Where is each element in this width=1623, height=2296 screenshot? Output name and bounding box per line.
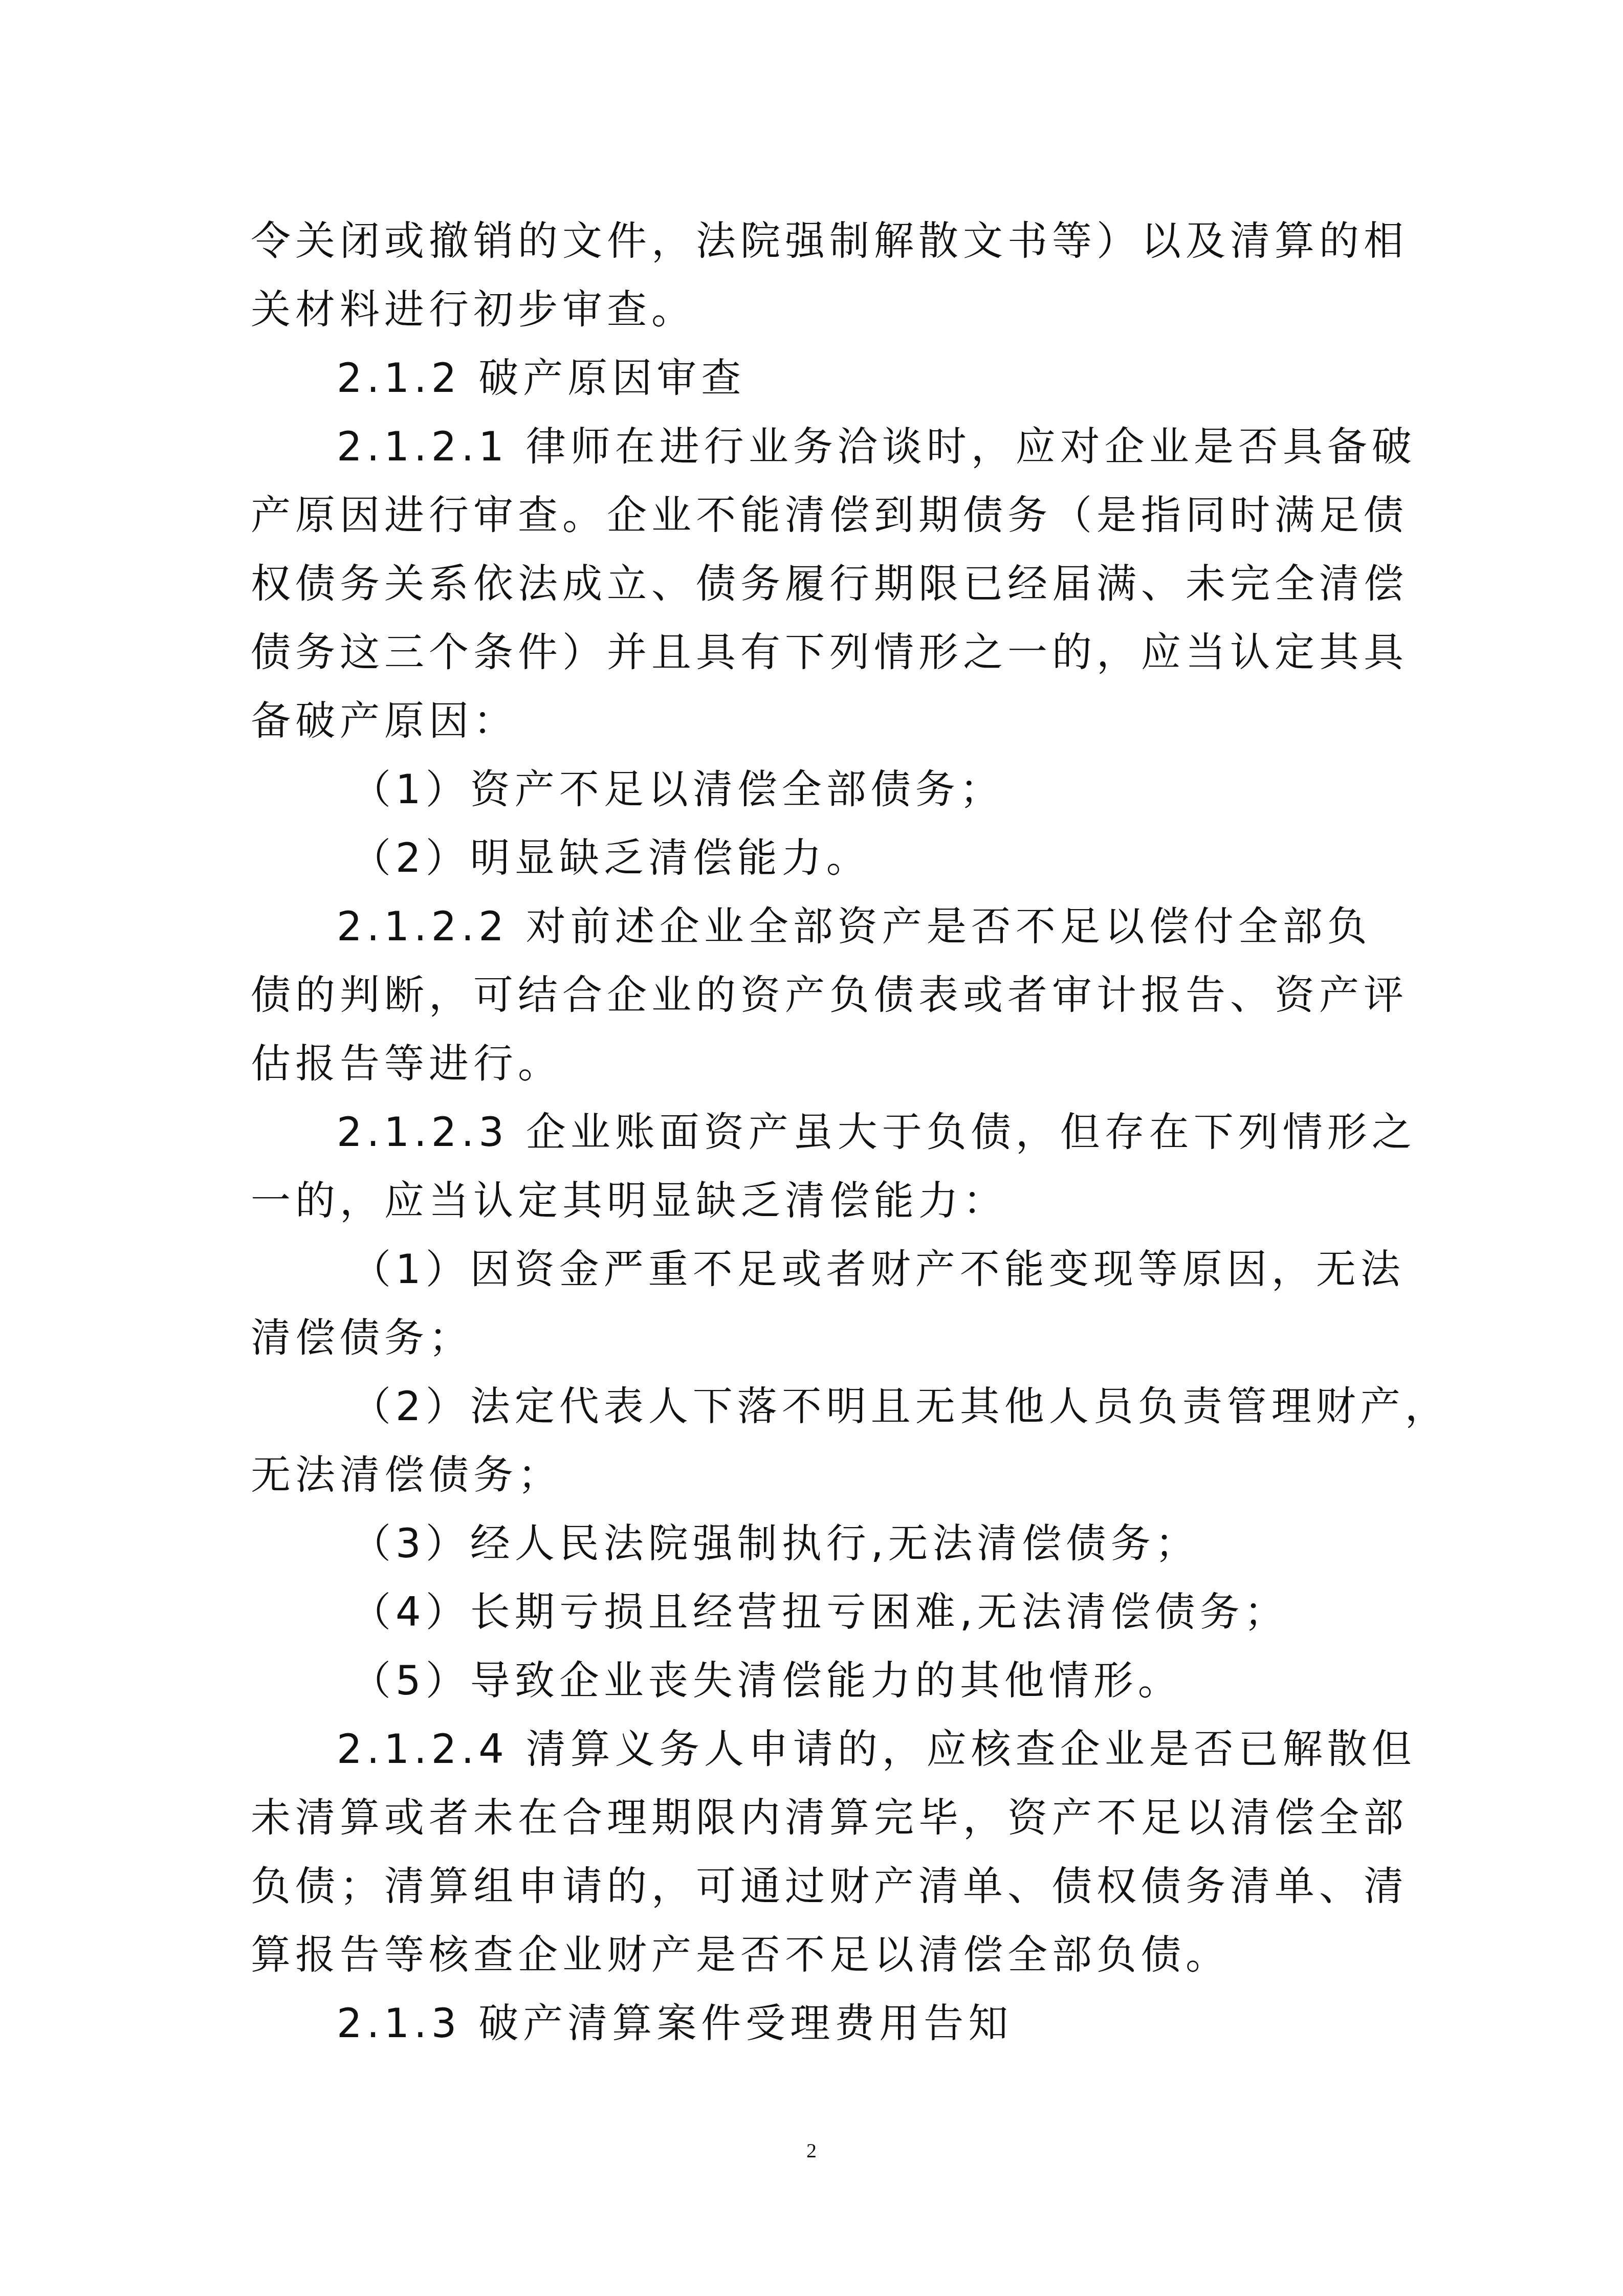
text-line: （2）明显缺乏清偿能力。 <box>251 824 1388 893</box>
text-line: 关材料进行初步审查。 <box>251 276 1388 344</box>
text-line: （4）长期亏损且经营扭亏困难,无法清偿债务； <box>251 1578 1388 1647</box>
text-line: 2.1.2.2 对前述企业全部资产是否不足以偿付全部负 <box>251 893 1388 961</box>
text-line: 2.1.3 破产清算案件受理费用告知 <box>251 1990 1388 2058</box>
text-line: 令关闭或撤销的文件，法院强制解散文书等）以及清算的相 <box>251 207 1388 276</box>
text-line: 算报告等核查企业财产是否不足以清偿全部负债。 <box>251 1921 1388 1990</box>
text-line: 无法清偿债务； <box>251 1441 1388 1510</box>
document-body: 令关闭或撤销的文件，法院强制解散文书等）以及清算的相关材料进行初步审查。2.1.… <box>251 207 1388 2058</box>
text-line: 未清算或者未在合理期限内清算完毕，资产不足以清偿全部 <box>251 1784 1388 1852</box>
text-line: 产原因进行审查。企业不能清偿到期债务（是指同时满足债 <box>251 481 1388 550</box>
text-line: 一的，应当认定其明显缺乏清偿能力： <box>251 1167 1388 1235</box>
text-line: 2.1.2.4 清算义务人申请的，应核查企业是否已解散但 <box>251 1715 1388 1784</box>
text-line: （1）资产不足以清偿全部债务； <box>251 756 1388 824</box>
text-line: 负债；清算组申请的，可通过财产清单、债权债务清单、清 <box>251 1852 1388 1921</box>
text-line: 2.1.2 破产原因审查 <box>251 344 1388 413</box>
text-line: （1）因资金严重不足或者财产不能变现等原因，无法 <box>251 1235 1388 1304</box>
text-line: 债的判断，可结合企业的资产负债表或者审计报告、资产评 <box>251 961 1388 1030</box>
text-line: 估报告等进行。 <box>251 1030 1388 1098</box>
text-line: （2）法定代表人下落不明且无其他人员负责管理财产， <box>251 1373 1388 1441</box>
page-number: 2 <box>0 2138 1623 2162</box>
text-line: （5）导致企业丧失清偿能力的其他情形。 <box>251 1647 1388 1715</box>
text-line: 清偿债务； <box>251 1304 1388 1373</box>
text-line: 备破产原因： <box>251 687 1388 756</box>
text-line: （3）经人民法院强制执行,无法清偿债务； <box>251 1510 1388 1578</box>
text-line: 2.1.2.3 企业账面资产虽大于负债，但存在下列情形之 <box>251 1098 1388 1167</box>
text-line: 权债务关系依法成立、债务履行期限已经届满、未完全清偿 <box>251 550 1388 619</box>
text-line: 2.1.2.1 律师在进行业务洽谈时，应对企业是否具备破 <box>251 413 1388 481</box>
text-line: 债务这三个条件）并且具有下列情形之一的，应当认定其具 <box>251 619 1388 687</box>
